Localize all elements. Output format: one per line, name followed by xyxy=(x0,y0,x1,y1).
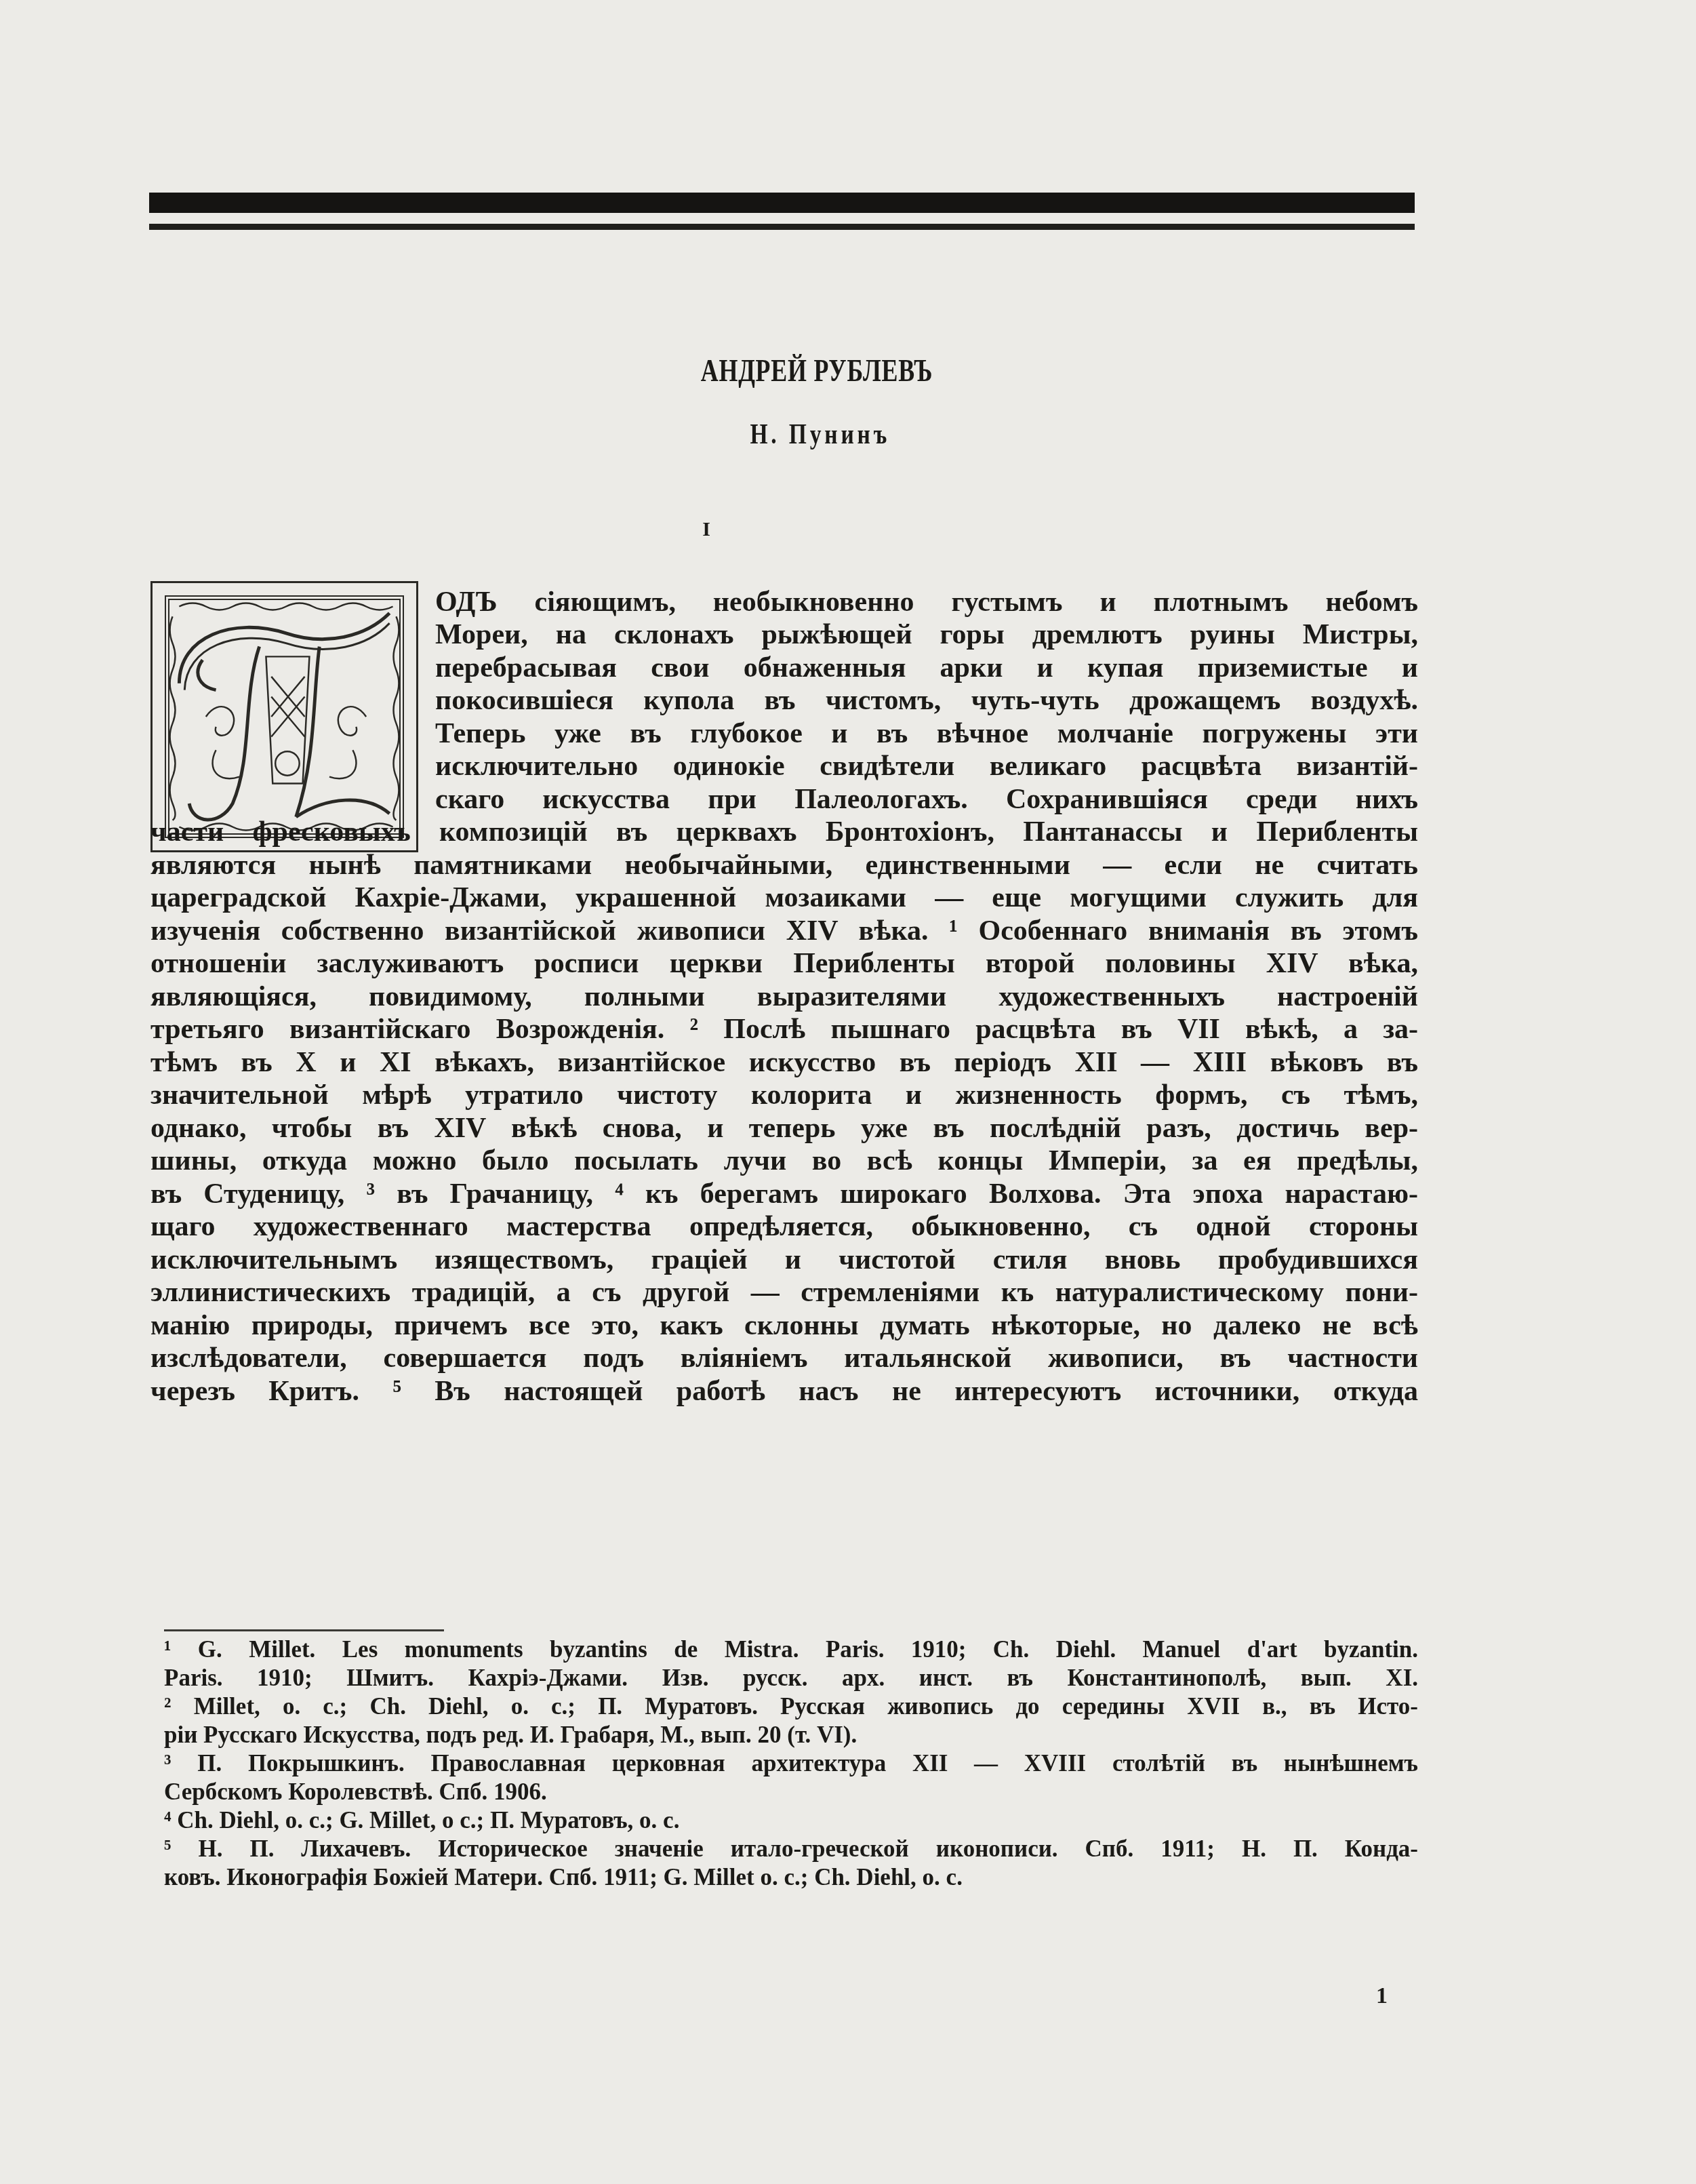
body-line: изученія собственно византійской живопис… xyxy=(150,915,1418,947)
body-line: изслѣдователи, совершается подъ вліяніем… xyxy=(150,1342,1418,1374)
body-line: эллинистическихъ традицій, а съ другой —… xyxy=(150,1276,1418,1309)
body-line: покосившіеся купола въ чистомъ, чуть-чут… xyxy=(435,684,1418,717)
footnote-line: ⁴ Ch. Diehl, o. c.; G. Millet, o c.; П. … xyxy=(164,1807,1418,1834)
header-thick-rule xyxy=(149,193,1415,213)
header-thin-rule xyxy=(149,224,1415,230)
body-line: цареградской Кахріе-Джами, украшенной мо… xyxy=(150,881,1418,914)
footnote-line: Paris. 1910; Шмитъ. Кахріэ-Джами. Изв. р… xyxy=(164,1665,1418,1692)
page-number: 1 xyxy=(1376,1983,1388,2009)
body-line: шины, откуда можно было посылать лучи во… xyxy=(150,1145,1418,1177)
body-line: скаго искусства при Палеологахъ. Сохрани… xyxy=(435,783,1418,816)
body-line: тѣмъ въ X и XI вѣкахъ, византійское иску… xyxy=(150,1046,1418,1079)
footnote-line: ¹ G. Millet. Les monuments byzantins de … xyxy=(164,1636,1418,1663)
body-line: третьяго византійскаго Возрожденія. ² По… xyxy=(150,1013,1418,1046)
footnote-line: ² Millet, o. c.; Ch. Diehl, o. c.; П. Му… xyxy=(164,1693,1418,1720)
body-line: ОДЪ сіяющимъ, необыкновенно густымъ и пл… xyxy=(435,586,1418,618)
body-line: исключительно одинокіе свидѣтели великаг… xyxy=(435,750,1418,782)
ornamental-initial-p-icon xyxy=(150,581,418,852)
footnote-line: ковъ. Иконографія Божіей Матери. Спб. 19… xyxy=(164,1864,1418,1891)
body-line: перебрасывая свои обнаженныя арки и купа… xyxy=(435,652,1418,684)
ornamental-letter-icon xyxy=(153,583,416,850)
body-line: щаго художественнаго мастерства опредѣля… xyxy=(150,1210,1418,1243)
footnote-separator xyxy=(164,1629,444,1631)
body-line: являются нынѣ памятниками необычайными, … xyxy=(150,849,1418,881)
body-line: отношеніи заслуживаютъ росписи церкви Пе… xyxy=(150,947,1418,980)
body-line: манію природы, причемъ все это, какъ скл… xyxy=(150,1309,1418,1342)
body-line: Теперь уже въ глубокое и въ вѣчное молча… xyxy=(435,717,1418,750)
body-line: черезъ Критъ. ⁵ Въ настоящей работѣ насъ… xyxy=(150,1375,1418,1408)
body-line: являющіяся, повидимому, полными выразите… xyxy=(150,980,1418,1013)
body-line: исключительнымъ изяществомъ, граціей и ч… xyxy=(150,1244,1418,1276)
body-line: значительной мѣрѣ утратило чистоту колор… xyxy=(150,1079,1418,1111)
article-title: АНДРЕЙ РУБЛЕВЪ xyxy=(155,353,1478,389)
body-line: въ Студеницу, ³ въ Грачаницу, ⁴ къ берег… xyxy=(150,1178,1418,1210)
section-number: I xyxy=(0,518,1554,541)
footnote-line: ріи Русскаго Искусства, подъ ред. И. Гра… xyxy=(164,1722,1418,1749)
footnote-line: ⁵ Н. П. Лихачевъ. Историческое значеніе … xyxy=(164,1835,1418,1863)
article-author: Н. Пунинъ xyxy=(142,418,1499,451)
footnote-line: ³ П. Покрышкинъ. Православная церковная … xyxy=(164,1750,1418,1777)
body-line: части фресковыхъ композицій въ церквахъ … xyxy=(150,816,1418,848)
body-line: Мореи, на склонахъ рыжѣющей горы дремлют… xyxy=(435,618,1418,651)
body-line: однако, чтобы въ XIV вѣкѣ снова, и тепер… xyxy=(150,1112,1418,1145)
footnote-line: Сербскомъ Королевствѣ. Спб. 1906. xyxy=(164,1779,1418,1806)
